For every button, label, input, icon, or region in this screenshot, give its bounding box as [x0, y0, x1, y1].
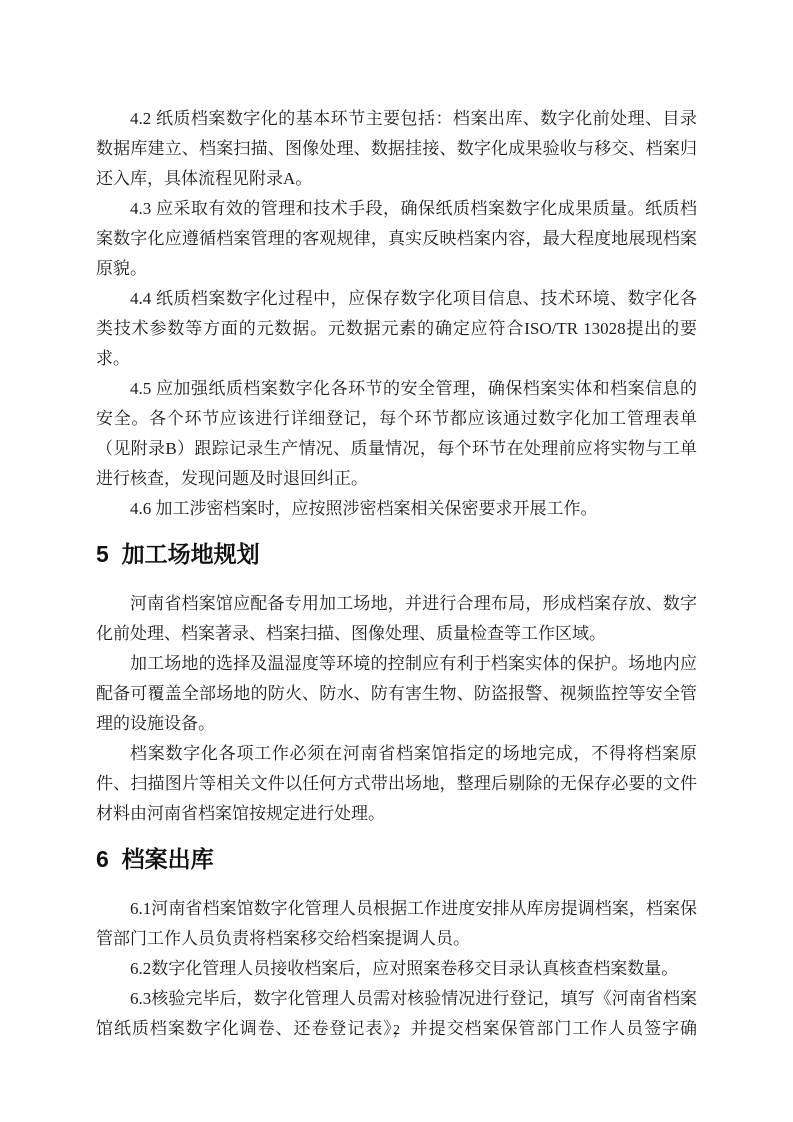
paragraph-4-6: 4.6 加工涉密档案时，应按照涉密档案相关保密要求开展工作。: [96, 494, 697, 524]
section-5-paragraph-3: 档案数字化各项工作必须在河南省档案馆指定的场地完成，不得将档案原件、扫描图片等相…: [96, 739, 697, 829]
section-5-paragraph-1: 河南省档案馆应配备专用加工场地，并进行合理布局，形成档案存放、数字化前处理、档案…: [96, 589, 697, 649]
page-number: 2: [0, 1021, 793, 1041]
paragraph-4-3: 4.3 应采取有效的管理和技术手段，确保纸质档案数字化成果质量。纸质档案数字化应…: [96, 194, 697, 284]
paragraph-6-1: 6.1河南省档案馆数字化管理人员根据工作进度安排从库房提调档案，档案保管部门工作…: [96, 894, 697, 954]
section-6-heading: 6 档案出库: [96, 844, 697, 874]
content-area: 4.2 纸质档案数字化的基本环节主要包括：档案出库、数字化前处理、目录数据库建立…: [96, 104, 697, 1044]
document-page: 4.2 纸质档案数字化的基本环节主要包括：档案出库、数字化前处理、目录数据库建立…: [0, 0, 793, 1122]
section-5-paragraph-2: 加工场地的选择及温湿度等环境的控制应有利于档案实体的保护。场地内应配备可覆盖全部…: [96, 649, 697, 739]
paragraph-4-4: 4.4 纸质档案数字化过程中，应保存数字化项目信息、技术环境、数字化各类技术参数…: [96, 284, 697, 374]
paragraph-4-2: 4.2 纸质档案数字化的基本环节主要包括：档案出库、数字化前处理、目录数据库建立…: [96, 104, 697, 194]
paragraph-6-2: 6.2数字化管理人员接收档案后，应对照案卷移交目录认真核查档案数量。: [96, 954, 697, 984]
paragraph-4-5: 4.5 应加强纸质档案数字化各环节的安全管理，确保档案实体和档案信息的安全。各个…: [96, 374, 697, 494]
section-5-heading: 5 加工场地规划: [96, 539, 697, 569]
